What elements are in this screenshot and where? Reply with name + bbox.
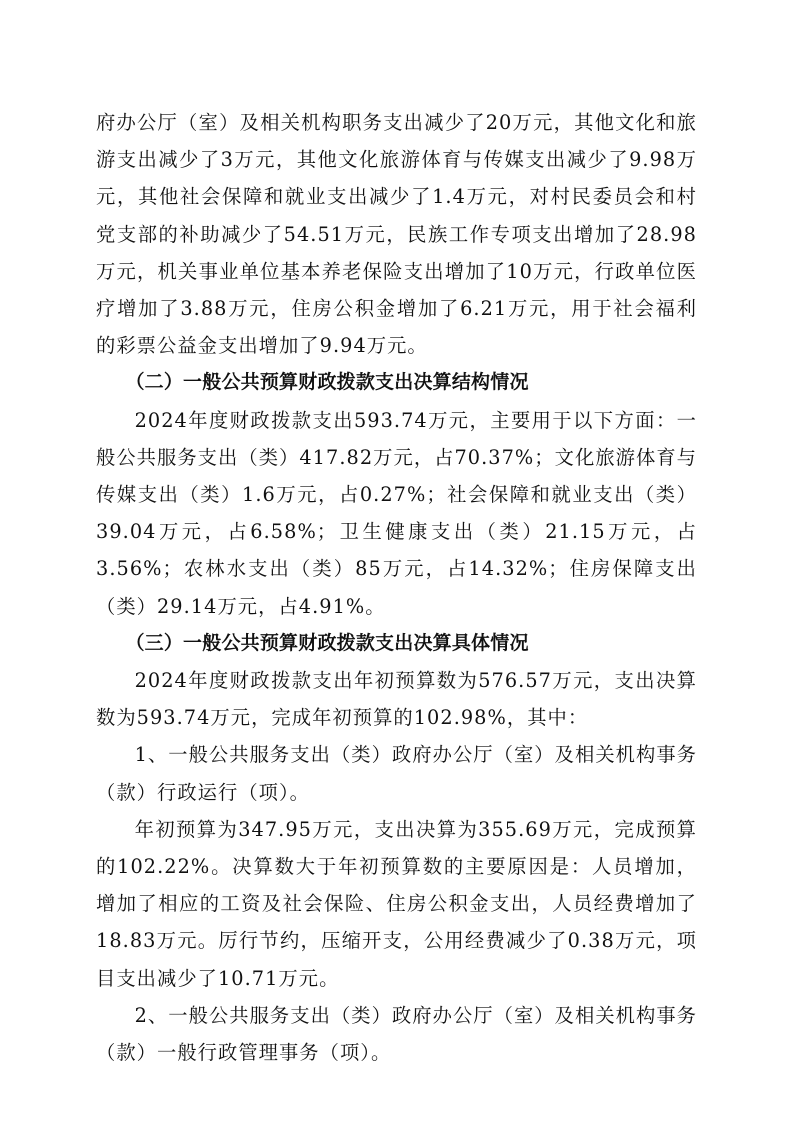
paragraph-item-1-detail: 年初预算为347.95万元，支出决算为355.69万元，完成预算的102.22%… <box>96 811 697 997</box>
document-page: 府办公厅（室）及相关机构职务支出减少了20万元，其他文化和旅游支出减少了3万元，… <box>96 104 697 1071</box>
paragraph-budget-summary: 2024年度财政拨款支出年初预算数为576.57万元，支出决算数为593.74万… <box>96 662 697 736</box>
section-heading-structure: （二）一般公共预算财政拨款支出决算结构情况 <box>96 364 697 401</box>
paragraph-item-1-title: 1、一般公共服务支出（类）政府办公厅（室）及相关机构事务（款）行政运行（项）。 <box>96 736 697 810</box>
section-heading-details: （三）一般公共预算财政拨款支出决算具体情况 <box>96 625 697 662</box>
paragraph-expense-changes: 府办公厅（室）及相关机构职务支出减少了20万元，其他文化和旅游支出减少了3万元，… <box>96 104 697 364</box>
paragraph-item-2-title: 2、一般公共服务支出（类）政府办公厅（室）及相关机构事务（款）一般行政管理事务（… <box>96 997 697 1071</box>
paragraph-expense-structure: 2024年度财政拨款支出593.74万元，主要用于以下方面：一般公共服务支出（类… <box>96 402 697 625</box>
